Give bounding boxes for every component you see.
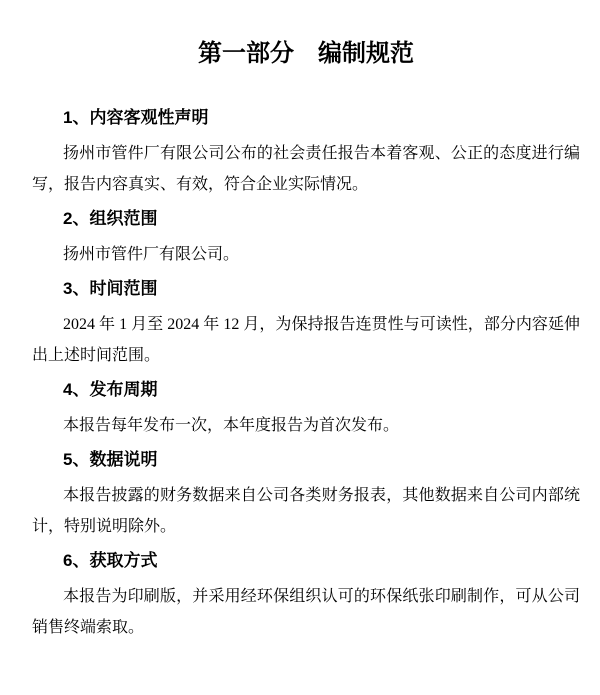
- section-body-data-notes: 本报告披露的财务数据来自公司各类财务报表，其他数据来自公司内部统计，特别说明除外…: [32, 480, 580, 542]
- section-release-cycle: 4、发布周期 本报告每年发布一次，本年度报告为首次发布。: [32, 378, 580, 441]
- document-page: 第一部分 编制规范 1、内容客观性声明 扬州市管件厂有限公司公布的社会责任报告本…: [0, 0, 600, 695]
- section-body-access-method: 本报告为印刷版，并采用经环保组织认可的环保纸张印刷制作，可从公司销售终端索取。: [32, 581, 580, 643]
- section-time-scope: 3、时间范围 2024 年 1 月至 2024 年 12 月，为保持报告连贯性与…: [32, 277, 580, 371]
- section-heading-content-objectivity: 1、内容客观性声明: [32, 106, 580, 130]
- section-body-release-cycle: 本报告每年发布一次，本年度报告为首次发布。: [32, 410, 580, 441]
- section-data-notes: 5、数据说明 本报告披露的财务数据来自公司各类财务报表，其他数据来自公司内部统计…: [32, 448, 580, 542]
- document-title: 第一部分 编制规范: [32, 36, 580, 72]
- section-heading-access-method: 6、获取方式: [32, 549, 580, 573]
- section-body-time-scope: 2024 年 1 月至 2024 年 12 月，为保持报告连贯性与可读性，部分内…: [32, 309, 580, 371]
- section-heading-time-scope: 3、时间范围: [32, 277, 580, 301]
- section-heading-organization-scope: 2、组织范围: [32, 207, 580, 231]
- section-body-organization-scope: 扬州市管件厂有限公司。: [32, 239, 580, 270]
- section-heading-data-notes: 5、数据说明: [32, 448, 580, 472]
- section-organization-scope: 2、组织范围 扬州市管件厂有限公司。: [32, 207, 580, 270]
- section-access-method: 6、获取方式 本报告为印刷版，并采用经环保组织认可的环保纸张印刷制作，可从公司销…: [32, 549, 580, 643]
- section-body-content-objectivity: 扬州市管件厂有限公司公布的社会责任报告本着客观、公正的态度进行编写，报告内容真实…: [32, 138, 580, 200]
- section-heading-release-cycle: 4、发布周期: [32, 378, 580, 402]
- section-content-objectivity: 1、内容客观性声明 扬州市管件厂有限公司公布的社会责任报告本着客观、公正的态度进…: [32, 106, 580, 200]
